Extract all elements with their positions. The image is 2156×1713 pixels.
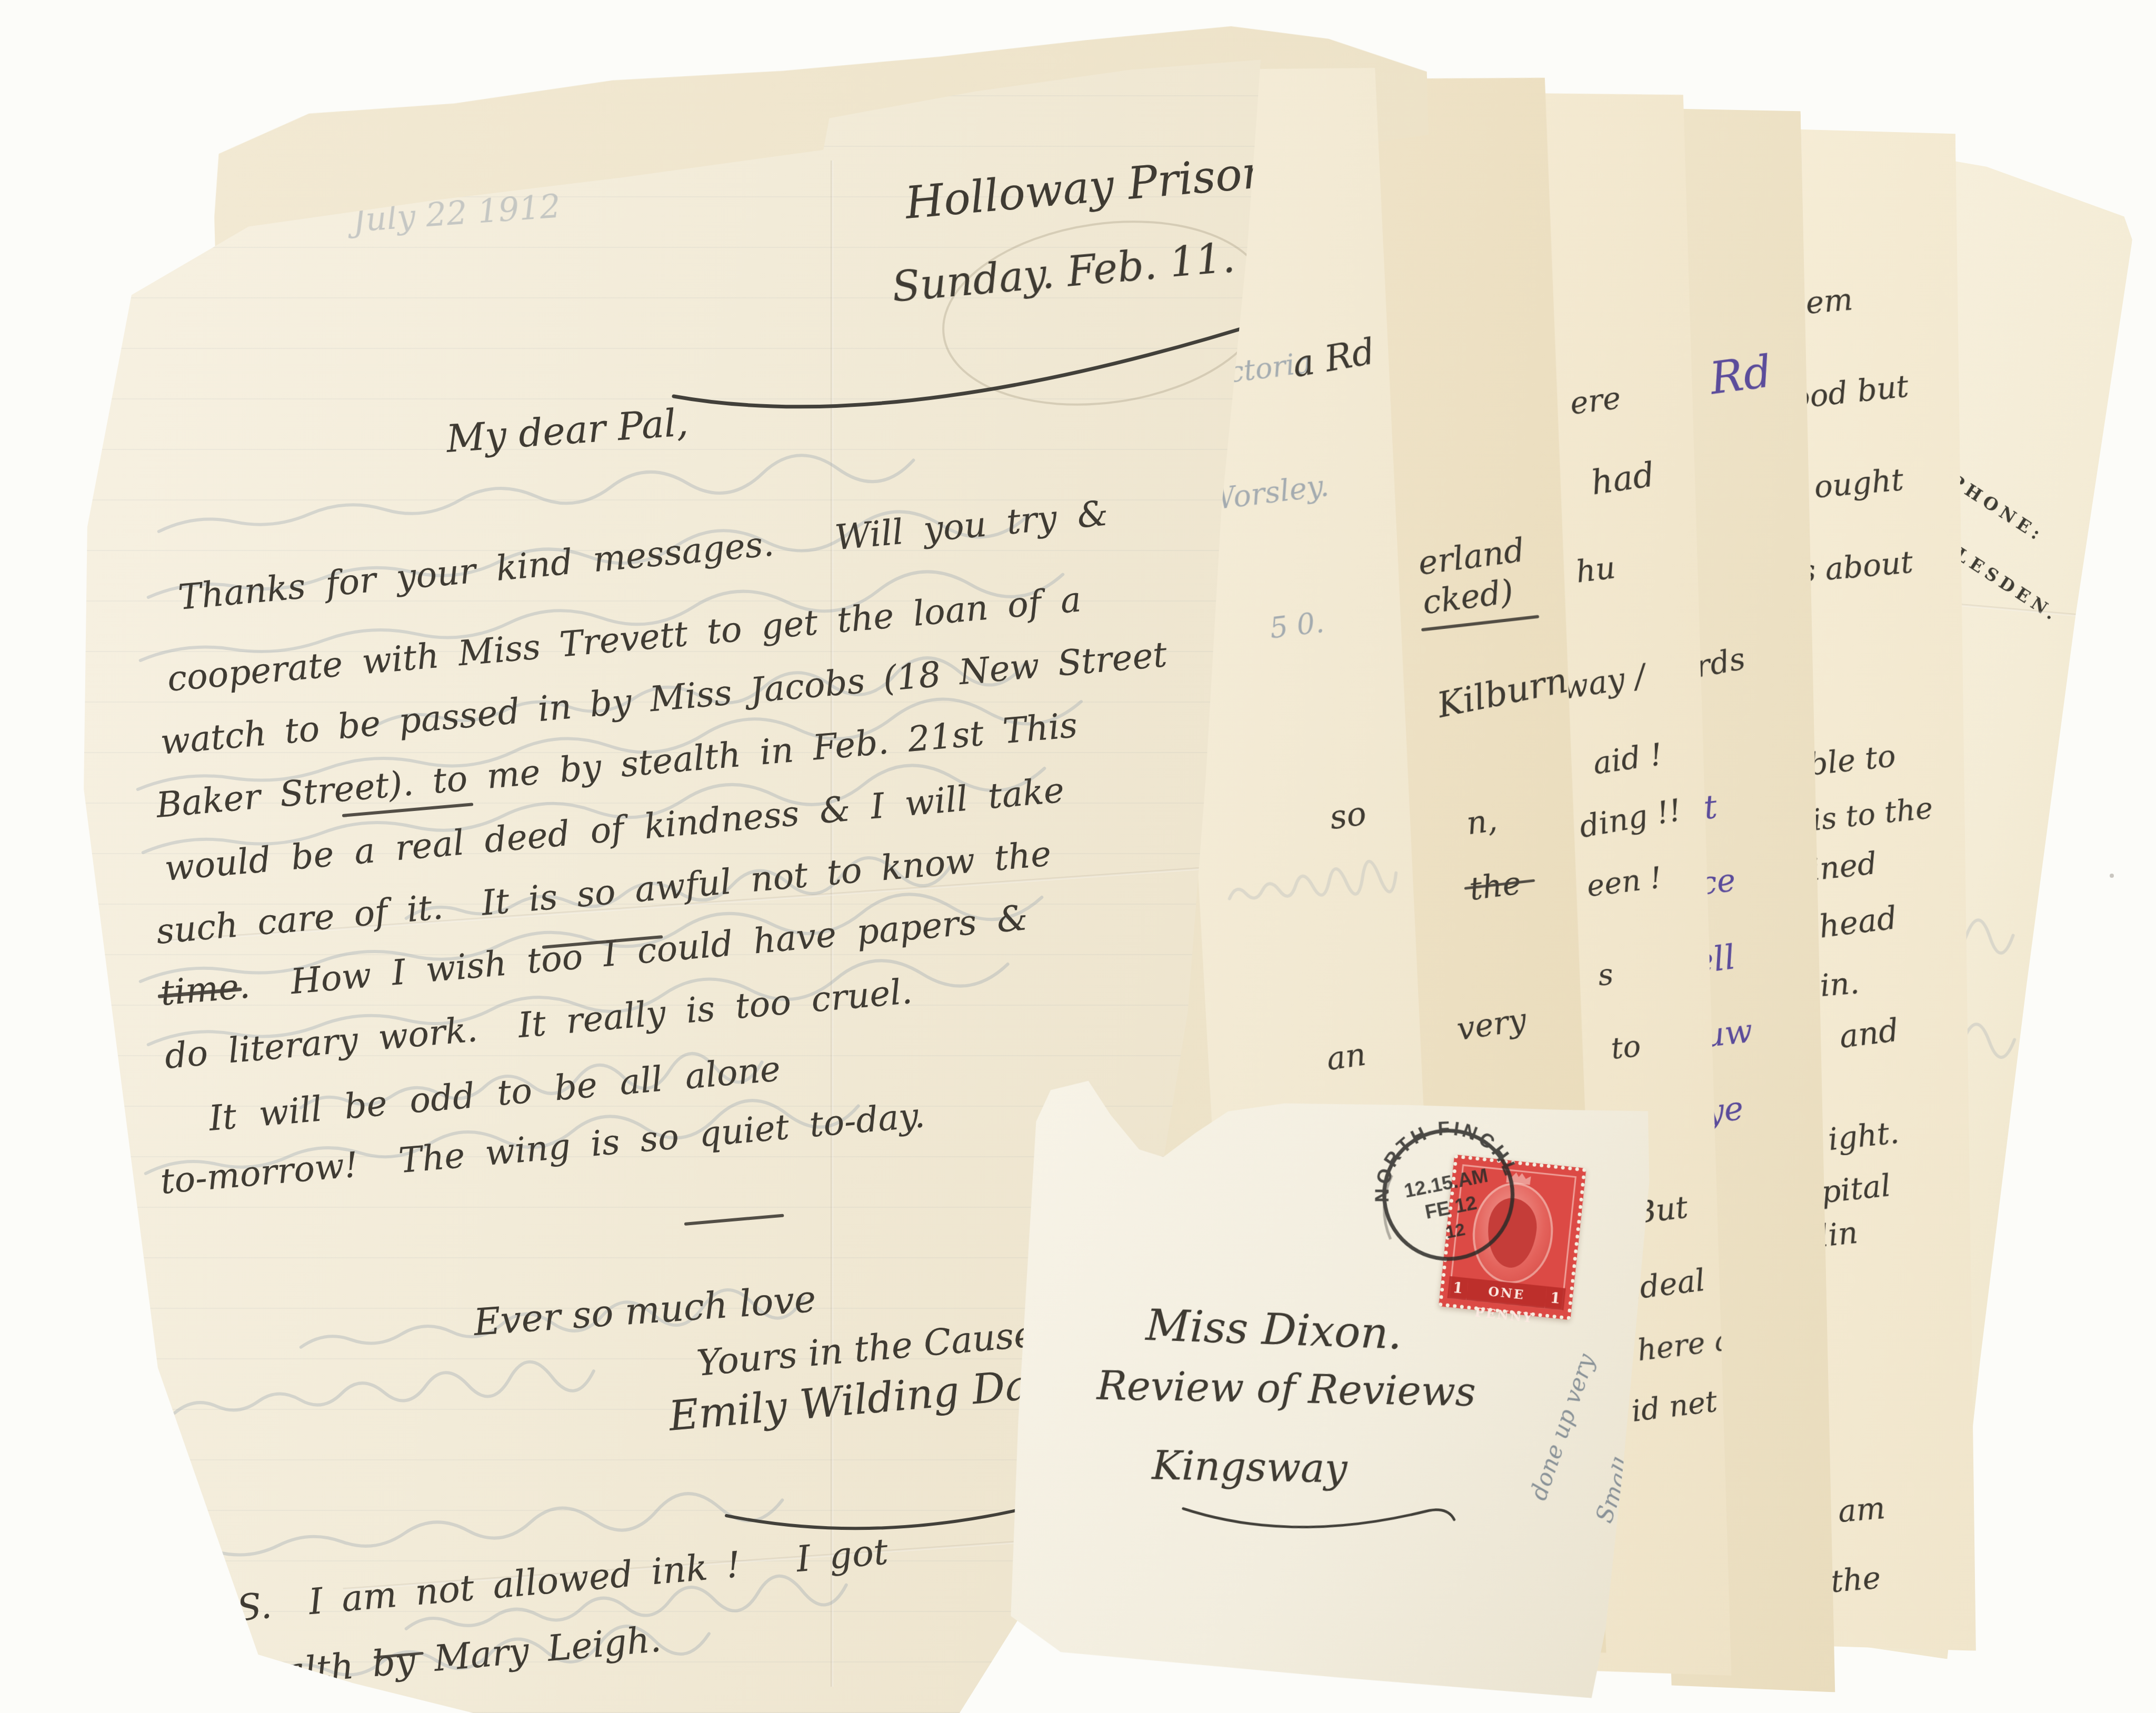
scanned-letters-scene: TELEPHONE: 255 WILLESDEN. em ood but oug… bbox=[0, 0, 2156, 1713]
letter-fragment: to bbox=[1610, 1029, 1643, 1066]
letter-fragment: head bbox=[1817, 899, 1899, 946]
postmark-year: 12 bbox=[1444, 1219, 1466, 1242]
pencil-note-line: done up very bbox=[1525, 1350, 1600, 1504]
letter-fragment: a Rd bbox=[1290, 330, 1378, 386]
letter-fragment: n, bbox=[1464, 802, 1499, 842]
letter-fragment: id net bbox=[1630, 1384, 1719, 1428]
letter-ps-line: stealth by Mary Leigh. bbox=[228, 1620, 663, 1697]
letter-fragment: ight. bbox=[1826, 1115, 1901, 1158]
letter-fragment: ood but bbox=[1790, 368, 1910, 416]
stamp-numeral: 1 bbox=[1448, 1276, 1469, 1300]
letter-fragment: em bbox=[1804, 281, 1854, 321]
date-underline-swash bbox=[674, 319, 1271, 407]
letter-ps-line: P.S. I am not allowed ink ! I got bbox=[207, 1532, 890, 1631]
letter-fragment: aid ! bbox=[1591, 736, 1664, 782]
letter-fragment: hu bbox=[1574, 549, 1617, 590]
envelope: Miss Dixon. Review of Reviews Kingsway d… bbox=[999, 1069, 1654, 1700]
letter-salutation: My dear Pal, bbox=[445, 402, 690, 460]
letter-fragment: s bbox=[1596, 957, 1615, 993]
pencil-fragment: 5 0. bbox=[1268, 606, 1326, 645]
letter-fragment: ere bbox=[1568, 380, 1623, 422]
letter-fragment: way / bbox=[1559, 657, 1648, 707]
letter-fragment: ought bbox=[1813, 462, 1905, 505]
letter-fragment: here a bbox=[1635, 1323, 1734, 1368]
letter-fragment: Rd bbox=[1707, 345, 1775, 404]
letter-fragment: an bbox=[1324, 1036, 1368, 1078]
letter-fragment: Kilburn bbox=[1434, 660, 1571, 726]
stamp-numeral: 1 bbox=[1545, 1286, 1566, 1310]
letter-fragment: very bbox=[1454, 1001, 1529, 1048]
letter-fragment: and bbox=[1838, 1012, 1901, 1056]
envelope-address-line: Miss Dixon. bbox=[1145, 1300, 1403, 1359]
letter-fragment: pital bbox=[1819, 1167, 1892, 1210]
letter-fragment: ding !! bbox=[1576, 792, 1684, 845]
letter-fragment: the bbox=[1829, 1559, 1882, 1599]
underline-quiet bbox=[684, 1214, 784, 1226]
letter-fragment: is to the bbox=[1810, 791, 1934, 838]
dust-speck bbox=[2110, 874, 2114, 878]
postmark-time: 12.15.AM bbox=[1402, 1164, 1490, 1201]
postmark: NORTH FINCHLEY S.O 12.15.AM FE 12 12 bbox=[1353, 1099, 1544, 1290]
letter-fragment: een ! bbox=[1585, 860, 1664, 904]
letter-fragment: had bbox=[1589, 455, 1656, 503]
letter-fragment: so bbox=[1327, 794, 1369, 837]
letter-fragment: s about bbox=[1798, 544, 1914, 590]
letter-closing-line: Ever so much love bbox=[472, 1279, 817, 1343]
envelope-address-line: Kingsway bbox=[1152, 1441, 1347, 1491]
letter-heading-place: Holloway Prison bbox=[903, 147, 1272, 228]
envelope-address-line: Review of Reviews bbox=[1096, 1362, 1476, 1416]
